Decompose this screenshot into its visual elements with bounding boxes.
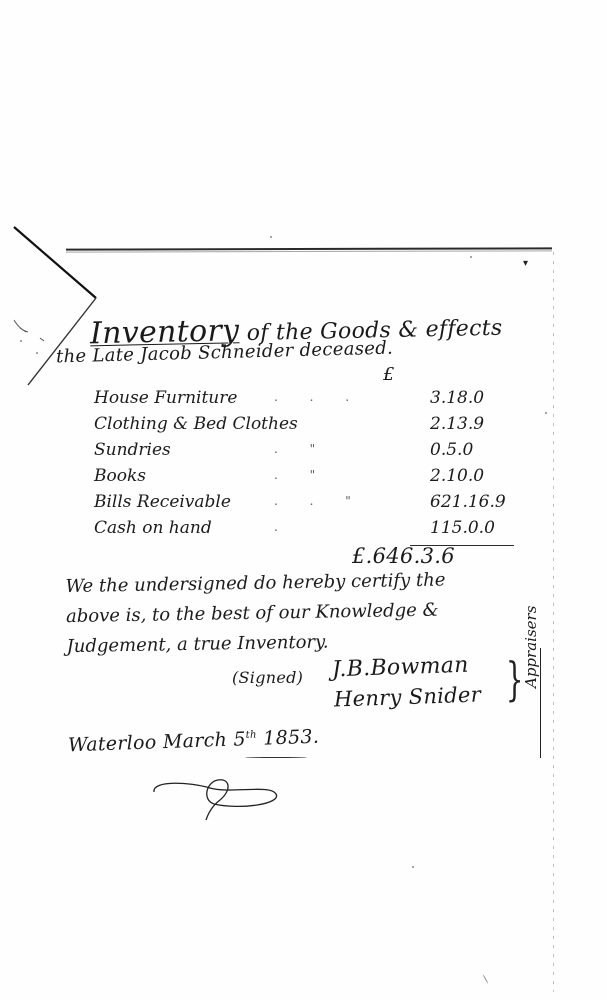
- item-leader: . . .: [274, 390, 394, 404]
- item-label: Clothing & Bed Clothes: [94, 414, 298, 434]
- item-leader: .: [274, 520, 394, 534]
- inventory-item: Sundries . " 0.5.0: [94, 440, 514, 466]
- inventory-item: Clothing & Bed Clothes . 2.13.9: [94, 414, 514, 440]
- item-amount: 621.16.9: [430, 492, 530, 512]
- inventory-total: £.646.3.6: [352, 544, 455, 568]
- inventory-item: House Furniture . . . 3.18.0: [94, 388, 514, 414]
- inventory-item: Bills Receivable . . " 621.16.9: [94, 492, 514, 518]
- signature-snider: Henry Snider: [334, 682, 482, 711]
- item-label: House Furniture: [94, 388, 237, 408]
- inventory-item: Cash on hand . 115.0.0: [94, 518, 514, 544]
- date-day: 5: [233, 728, 246, 750]
- item-amount: 0.5.0: [430, 440, 530, 460]
- date-year: 1853.: [263, 726, 320, 750]
- paper-right-edge: [553, 252, 554, 992]
- corner-ink-mark: ▾: [523, 258, 528, 269]
- date-underline: [245, 757, 307, 758]
- signed-label: (Signed): [232, 668, 303, 687]
- flourish-mark: [150, 770, 290, 830]
- date-day-suffix: th: [246, 729, 257, 740]
- appraisers-label: Appraisers: [522, 606, 540, 688]
- item-amount: 2.13.9: [430, 414, 530, 434]
- item-amount: 2.10.0: [430, 466, 530, 486]
- item-leader: . ": [274, 468, 394, 482]
- inventory-item: Books . " 2.10.0: [94, 466, 514, 492]
- item-label: Books: [94, 466, 146, 486]
- item-leader: . ": [274, 442, 394, 456]
- item-leader: . . ": [274, 494, 394, 508]
- item-label: Sundries: [94, 440, 171, 460]
- item-label: Cash on hand: [94, 518, 212, 538]
- appraisers-rule: [540, 648, 541, 758]
- place: Waterloo: [68, 731, 157, 756]
- place-date: Waterloo March 5th 1853.: [68, 726, 320, 757]
- signature-brace: }: [506, 652, 524, 706]
- certification-text: We the undersigned do hereby certify the…: [65, 564, 536, 662]
- date-month: March: [163, 729, 228, 753]
- item-amount: 3.18.0: [430, 388, 530, 408]
- item-leader: .: [274, 416, 394, 430]
- document-page: ▾ Inventory of the Goods & effects the L…: [0, 0, 607, 1000]
- folded-corner-mark: [0, 210, 110, 410]
- paper-top-edge-shadow: [66, 250, 552, 252]
- inventory-list: House Furniture . . . 3.18.0 Clothing & …: [94, 388, 514, 544]
- signature-bowman: J.B.Bowman: [332, 653, 469, 683]
- currency-header: £: [383, 364, 395, 385]
- item-amount: 115.0.0: [430, 518, 530, 538]
- item-label: Bills Receivable: [94, 492, 231, 512]
